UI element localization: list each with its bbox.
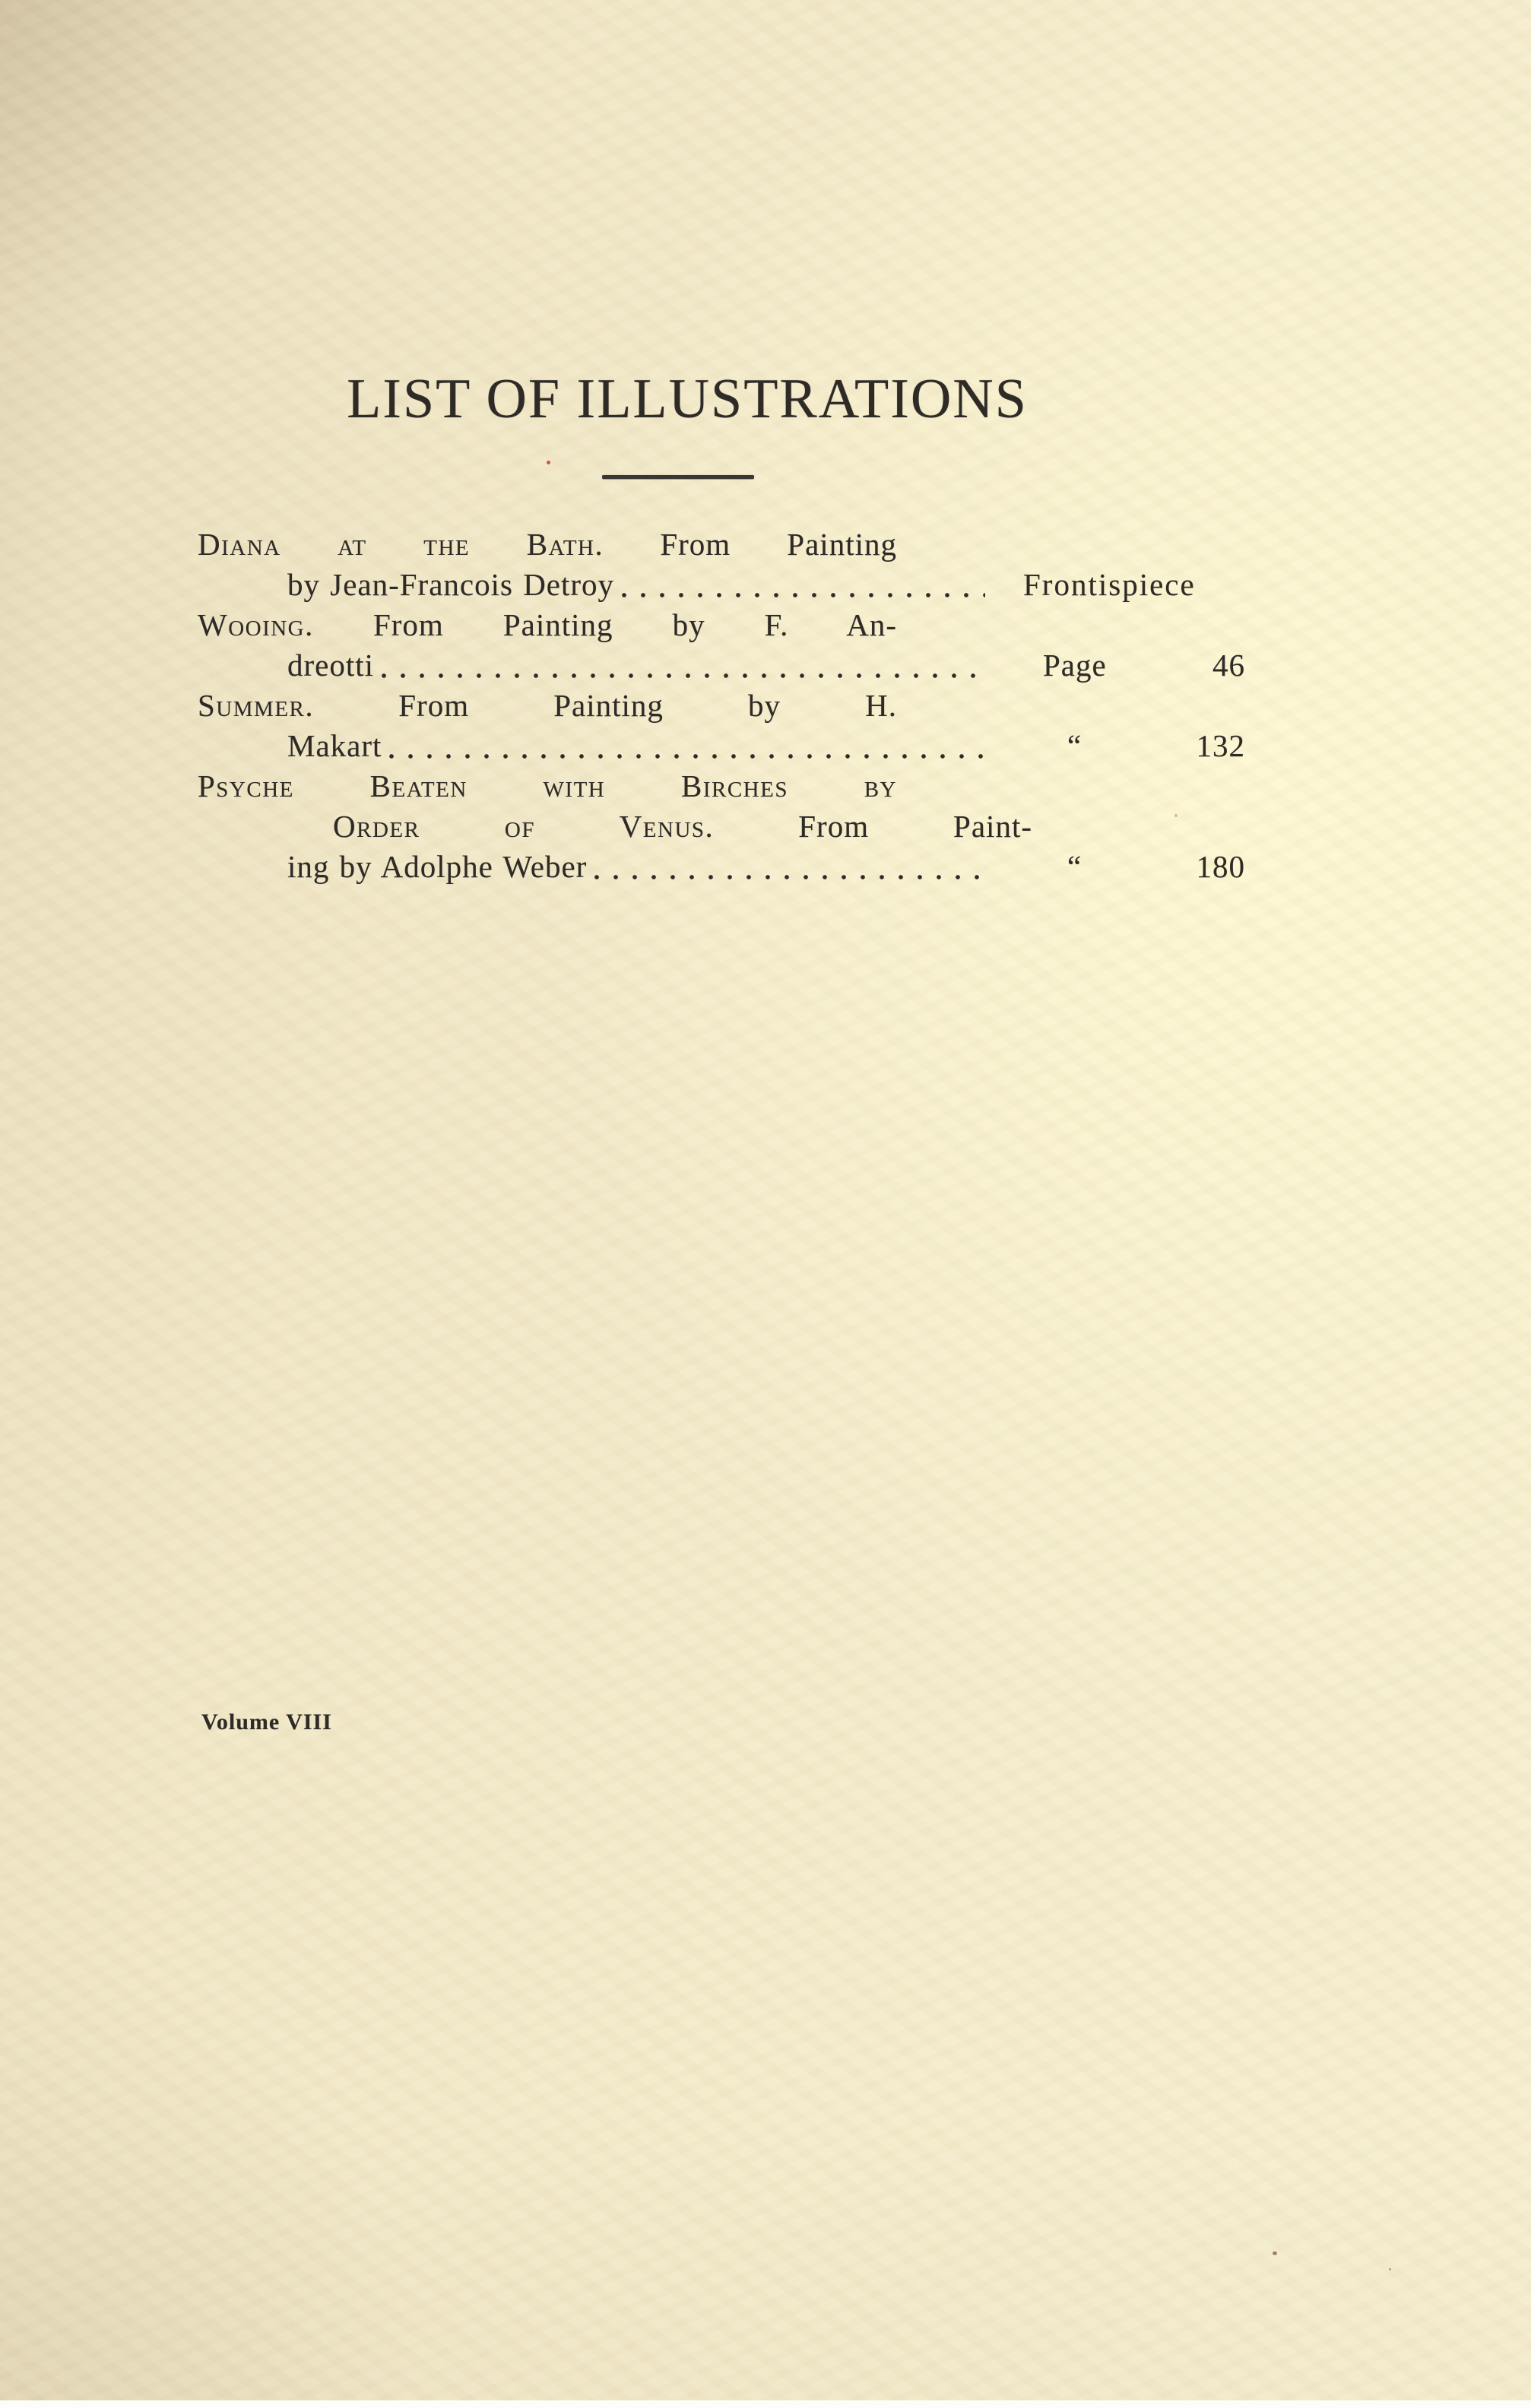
leader-dots bbox=[380, 672, 985, 680]
toc-line: by Jean-Francois DetroyFrontispiece bbox=[198, 565, 1155, 605]
toc-line-text: Makart bbox=[198, 726, 987, 766]
toc-line: Order of Venus. From Paint- bbox=[198, 806, 1155, 847]
toc-text-segment: Psyche Beaten with Birches by bbox=[198, 768, 897, 803]
toc-text-segment: Wooing. bbox=[198, 607, 314, 642]
paper-speck bbox=[1174, 814, 1178, 817]
toc-line: Psyche Beaten with Birches by bbox=[198, 766, 1155, 806]
toc-text-segment: From Painting by F. An- bbox=[314, 607, 897, 642]
toc-text-segment: Makart bbox=[287, 726, 382, 766]
toc-text-segment: From Painting bbox=[604, 527, 897, 562]
toc-text-segment: Diana at the Bath. bbox=[198, 527, 604, 562]
toc-line: dreottiPage46 bbox=[198, 645, 1155, 686]
toc-ref-label: “ bbox=[987, 726, 1197, 766]
toc-line: Diana at the Bath. From Painting bbox=[198, 524, 1155, 565]
toc-line-text: Summer. From Painting by H. bbox=[198, 686, 897, 726]
paper-speck bbox=[1389, 2268, 1391, 2270]
book-page: LIST OF ILLUSTRATIONS Diana at the Bath.… bbox=[0, 0, 1531, 2408]
page-title: LIST OF ILLUSTRATIONS bbox=[347, 368, 1028, 430]
toc-text-segment: Summer. bbox=[198, 688, 314, 723]
toc-line-text: by Jean-Francois Detroy bbox=[198, 565, 987, 605]
paper-speck bbox=[1273, 2251, 1277, 2255]
toc-line-text: Psyche Beaten with Birches by bbox=[198, 766, 897, 806]
scan-edge-strip bbox=[0, 2400, 1531, 2408]
toc-page-number: 180 bbox=[1197, 847, 1246, 887]
toc-ref: Page46 bbox=[987, 645, 1245, 686]
toc-text-segment: From Painting by H. bbox=[314, 688, 897, 723]
leader-dots bbox=[620, 591, 985, 599]
toc-line: ing by Adolphe Weber“180 bbox=[198, 847, 1155, 887]
toc-ref-label: Frontispiece bbox=[987, 565, 1245, 605]
leader-dots bbox=[388, 752, 985, 760]
toc-line-text: Order of Venus. From Paint- bbox=[198, 806, 1032, 847]
toc-text-segment: dreotti bbox=[287, 645, 374, 686]
toc-line: Summer. From Painting by H. bbox=[198, 686, 1155, 726]
toc-text-segment: by Jean-Francois Detroy bbox=[287, 565, 614, 605]
toc-text-segment: ing by Adolphe Weber bbox=[287, 847, 587, 887]
toc-page-number: 46 bbox=[1212, 645, 1245, 686]
toc-ref-label: “ bbox=[987, 847, 1197, 887]
toc-page-number: 132 bbox=[1197, 726, 1246, 766]
toc-text-segment: Order of Venus. bbox=[333, 809, 714, 844]
toc-line-text: ing by Adolphe Weber bbox=[198, 847, 987, 887]
toc-text-segment: From Paint- bbox=[714, 809, 1032, 844]
toc-line-text: dreotti bbox=[198, 645, 987, 686]
toc-ref: “132 bbox=[987, 726, 1245, 766]
title-rule bbox=[602, 475, 754, 479]
paper-speck-red bbox=[547, 461, 550, 464]
toc-list: Diana at the Bath. From Paintingby Jean-… bbox=[198, 524, 1155, 887]
title-wrap: LIST OF ILLUSTRATIONS bbox=[198, 371, 1166, 427]
volume-footer: Volume VIII bbox=[201, 1709, 332, 1735]
toc-line: Wooing. From Painting by F. An- bbox=[198, 605, 1155, 645]
toc-ref-label: Page bbox=[987, 645, 1212, 686]
toc-ref: Frontispiece bbox=[987, 565, 1245, 605]
leader-dots bbox=[593, 873, 985, 881]
toc-line: Makart“132 bbox=[198, 726, 1155, 766]
toc-line-text: Diana at the Bath. From Painting bbox=[198, 524, 897, 565]
toc-line-text: Wooing. From Painting by F. An- bbox=[198, 605, 897, 645]
toc-ref: “180 bbox=[987, 847, 1245, 887]
